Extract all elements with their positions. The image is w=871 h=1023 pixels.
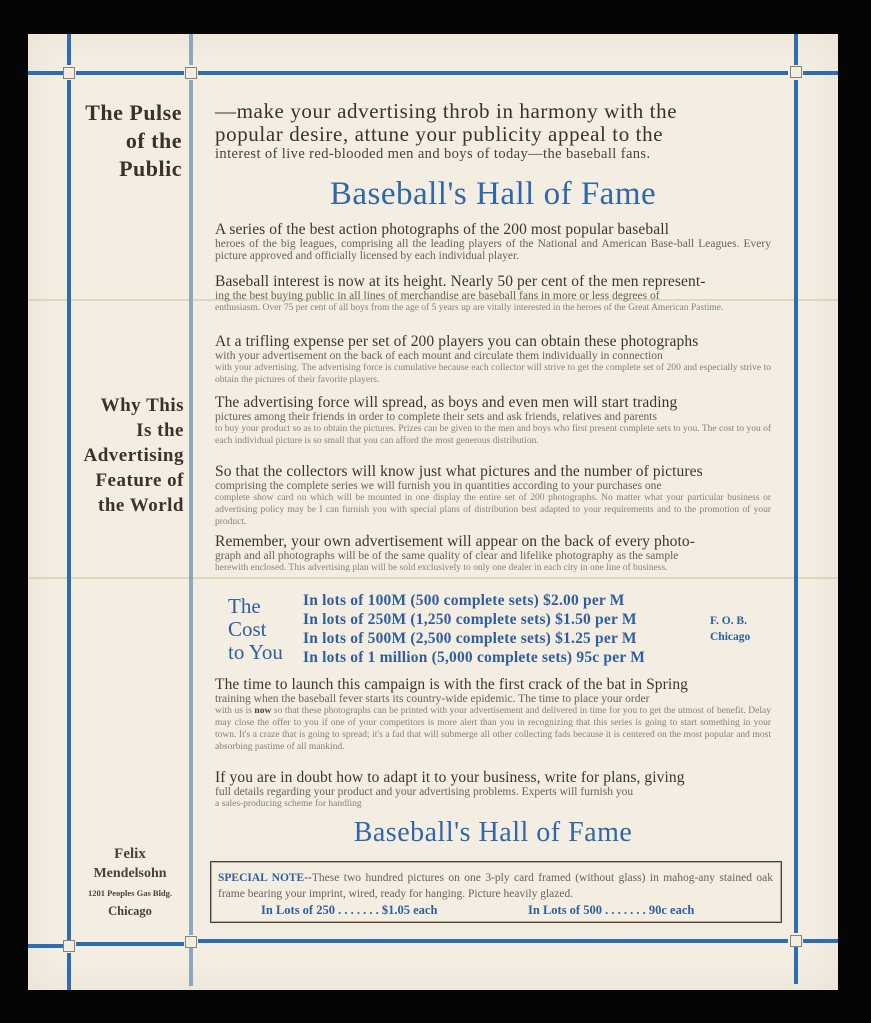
paragraph-body: with your advertisement on the back of e… (215, 350, 771, 362)
lot-price-250: In Lots of 250 . . . . . . . $1.05 each (261, 903, 437, 918)
corner-ornament (185, 936, 197, 948)
corner-ornament (63, 940, 75, 952)
border-rule (794, 947, 798, 984)
special-note-box: SPECIAL NOTE--These two hundred pictures… (210, 861, 782, 923)
price-row: In lots of 1 million (5,000 complete set… (303, 648, 645, 667)
paragraph: If you are in doubt how to adapt it to y… (215, 769, 771, 810)
paragraph: At a trifling expense per set of 200 pla… (215, 333, 771, 386)
border-rule (803, 71, 838, 75)
paragraph-small: herewith enclosed. This advertising plan… (215, 562, 771, 574)
signature-city: Chicago (75, 904, 185, 919)
paragraph-lead: Baseball interest is now at its height. … (215, 273, 771, 290)
paragraph-small: a sales-producing scheme for handling (215, 798, 771, 810)
terms-line: F. O. B. (710, 613, 750, 629)
paragraph-small: to buy your product so as to obtain the … (215, 423, 771, 447)
border-rule (76, 942, 184, 946)
paragraph-body: heroes of the big leagues, comprising al… (215, 238, 771, 262)
border-rule (28, 71, 64, 75)
paragraph-lead: A series of the best action photographs … (215, 221, 771, 238)
headline-line: Is the (72, 418, 184, 443)
intro-line: interest of live red-blooded men and boy… (215, 146, 771, 163)
paragraph-lead: At a trifling expense per set of 200 pla… (215, 333, 771, 350)
paragraph: So that the collectors will know just wh… (215, 463, 771, 528)
terms-line: Chicago (710, 629, 750, 645)
border-rule (67, 34, 71, 65)
paragraph-lead: So that the collectors will know just wh… (215, 463, 771, 480)
special-note-text: SPECIAL NOTE--These two hundred pictures… (218, 870, 773, 902)
paragraph-lead: Remember, your own advertisement will ap… (215, 533, 771, 550)
border-rule (794, 80, 798, 933)
heading-line: The (228, 595, 283, 618)
heading-line: to You (228, 641, 283, 664)
paragraph-small: with your advertising. The advertising f… (215, 362, 771, 386)
paragraph-small: with us is now so that these photographs… (215, 705, 771, 753)
paragraph: A series of the best action photographs … (215, 221, 771, 262)
paragraph-small: complete show card on which will be moun… (215, 492, 771, 528)
paragraph: The time to launch this campaign is with… (215, 676, 771, 753)
main-title: Baseball's Hall of Fame (215, 176, 771, 213)
paragraph-body: comprising the complete series we will f… (215, 480, 771, 492)
border-rule (76, 71, 184, 75)
paragraph: Remember, your own advertisement will ap… (215, 533, 771, 574)
price-row: In lots of 500M (2,500 complete sets) $1… (303, 629, 645, 648)
intro-line: popular desire, attune your publicity ap… (215, 123, 771, 145)
emphasis-now: now (254, 706, 271, 716)
border-rule (28, 944, 64, 948)
heading-line: Cost (228, 618, 283, 641)
paragraph-body: training when the baseball fever starts … (215, 693, 771, 705)
corner-ornament (185, 67, 197, 79)
headline-line: Why This (72, 393, 184, 418)
paragraph-body: pictures among their friends in order to… (215, 411, 771, 423)
border-rule (67, 80, 71, 940)
headline-line: Feature of (72, 468, 184, 493)
border-rule (198, 939, 788, 943)
corner-ornament (790, 935, 802, 947)
special-note-label: SPECIAL NOTE-- (218, 872, 312, 884)
paragraph-lead: If you are in doubt how to adapt it to y… (215, 769, 771, 786)
border-rule (198, 71, 788, 75)
price-row: In lots of 100M (500 complete sets) $2.0… (303, 591, 645, 610)
border-rule (189, 80, 193, 935)
signature-address: 1201 Peoples Gas Bldg. (75, 888, 185, 898)
sidebar-headline-why: Why This Is the Advertising Feature of t… (72, 393, 184, 518)
paragraph-small: enthusiasm. Over 75 per cent of all boys… (215, 302, 771, 314)
text-run: with us is (215, 706, 254, 716)
paragraph-lead: The time to launch this campaign is with… (215, 676, 771, 693)
intro-block: —make your advertising throb in harmony … (215, 100, 771, 163)
intro-line: —make your advertising throb in harmony … (215, 100, 771, 122)
headline-line: Public (72, 155, 182, 183)
price-table-heading: The Cost to You (228, 595, 283, 664)
border-rule (189, 948, 193, 986)
paragraph: The advertising force will spread, as bo… (215, 394, 771, 447)
border-rule (67, 953, 71, 990)
sidebar-headline-pulse: The Pulse of the Public (72, 99, 182, 183)
corner-ornament (790, 66, 802, 78)
border-rule (189, 34, 193, 65)
paragraph-body: ing the best buying public in all lines … (215, 290, 771, 302)
border-rule (794, 34, 798, 65)
signature-name-last: Mendelsohn (75, 866, 185, 882)
headline-line: the World (72, 493, 184, 518)
footer-title: Baseball's Hall of Fame (215, 817, 771, 849)
fold-crease (28, 577, 838, 579)
paragraph-body: full details regarding your product and … (215, 786, 771, 798)
lot-price-500: In Lots of 500 . . . . . . . 90c each (528, 903, 694, 918)
corner-ornament (63, 67, 75, 79)
text-run: so that these photographs can be printed… (215, 706, 771, 752)
headline-line: Advertising (72, 443, 184, 468)
shipping-terms: F. O. B. Chicago (710, 613, 750, 645)
signature-name-first: Felix (75, 846, 185, 863)
paragraph: Baseball interest is now at its height. … (215, 273, 771, 314)
headline-line: of the (72, 127, 182, 155)
border-rule (803, 939, 838, 943)
paragraph-body: graph and all photographs will be of the… (215, 550, 771, 562)
price-row: In lots of 250M (1,250 complete sets) $1… (303, 610, 645, 629)
price-table: The Cost to You In lots of 100M (500 com… (215, 591, 771, 671)
paragraph-lead: The advertising force will spread, as bo… (215, 394, 771, 411)
price-rows: In lots of 100M (500 complete sets) $2.0… (303, 591, 645, 667)
headline-line: The Pulse (72, 99, 182, 127)
